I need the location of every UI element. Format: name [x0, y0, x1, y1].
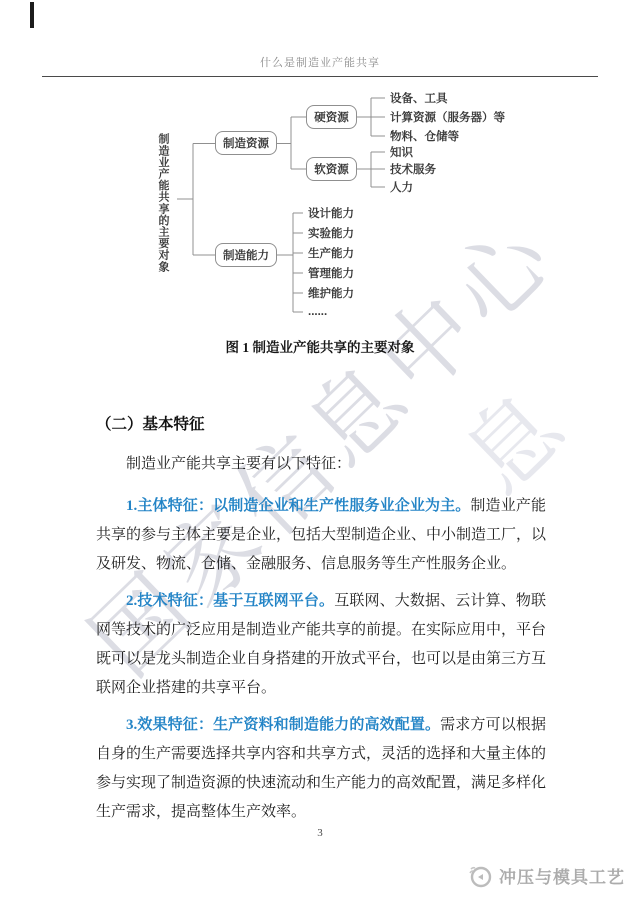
feature-2-lead: 2.技术特征：基于互联网平台。 [126, 593, 334, 609]
diagram-leaf: 生产能力 [308, 245, 354, 261]
diagram-leaf: 人力 [390, 179, 413, 195]
megaphone-logo-icon [468, 864, 492, 888]
feature-paragraph-3: 3.效果特征：生产资料和制造能力的高效配置。需求方可以根据自身的生产需要选择共享… [96, 711, 546, 827]
diagram-leaf: 知识 [390, 144, 413, 160]
feature-1-lead: 1.主体特征：以制造企业和生产性服务业企业为主。 [126, 498, 470, 514]
footer-brand-text: 冲压与模具工艺 [499, 863, 625, 888]
feature-3-lead: 3.效果特征：生产资料和制造能力的高效配置。 [126, 717, 440, 733]
diagram-node-resource: 制造资源 [215, 131, 277, 155]
article-body: （二）基本特征 制造业产能共享主要有以下特征： 1.主体特征：以制造企业和生产性… [96, 412, 546, 835]
diagram-leaf: 设计能力 [308, 205, 354, 221]
diagram-leaf: 管理能力 [308, 265, 354, 281]
page-number: 3 [0, 827, 640, 839]
feature-paragraph-2: 2.技术特征：基于互联网平台。互联网、大数据、云计算、物联网等技术的广泛应用是制… [96, 587, 546, 703]
diagram-leaf: 计算资源（服务器）等 [390, 109, 505, 125]
diagram-leaf: 维护能力 [308, 285, 354, 301]
diagram-leaf: ...... [308, 306, 327, 318]
diagram-leaf: 设备、工具 [390, 90, 448, 106]
footer-brand: 冲压与模具工艺 [468, 863, 625, 888]
section-heading: （二）基本特征 [96, 412, 546, 434]
figure-caption: 图 1 制造业产能共享的主要对象 [0, 336, 640, 356]
diagram-node-hard: 硬资源 [306, 105, 357, 129]
diagram-leaf: 技术服务 [390, 161, 436, 177]
diagram-root-label: 制造业产能共享的主要对象 [157, 133, 168, 272]
document-page: 什么是制造业产能共享 国 家 信 息 中 心 息 制造业产能共享的主要对象 制造… [0, 0, 640, 905]
feature-paragraph-1: 1.主体特征：以制造企业和生产性服务业企业为主。制造业产能共享的参与主体主要是企… [96, 492, 546, 579]
diagram-node-capability: 制造能力 [215, 243, 277, 267]
diagram-leaf: 物料、仓储等 [390, 128, 459, 144]
intro-paragraph: 制造业产能共享主要有以下特征： [96, 450, 546, 479]
diagram-node-soft: 软资源 [306, 157, 357, 181]
diagram-leaf: 实验能力 [308, 225, 354, 241]
